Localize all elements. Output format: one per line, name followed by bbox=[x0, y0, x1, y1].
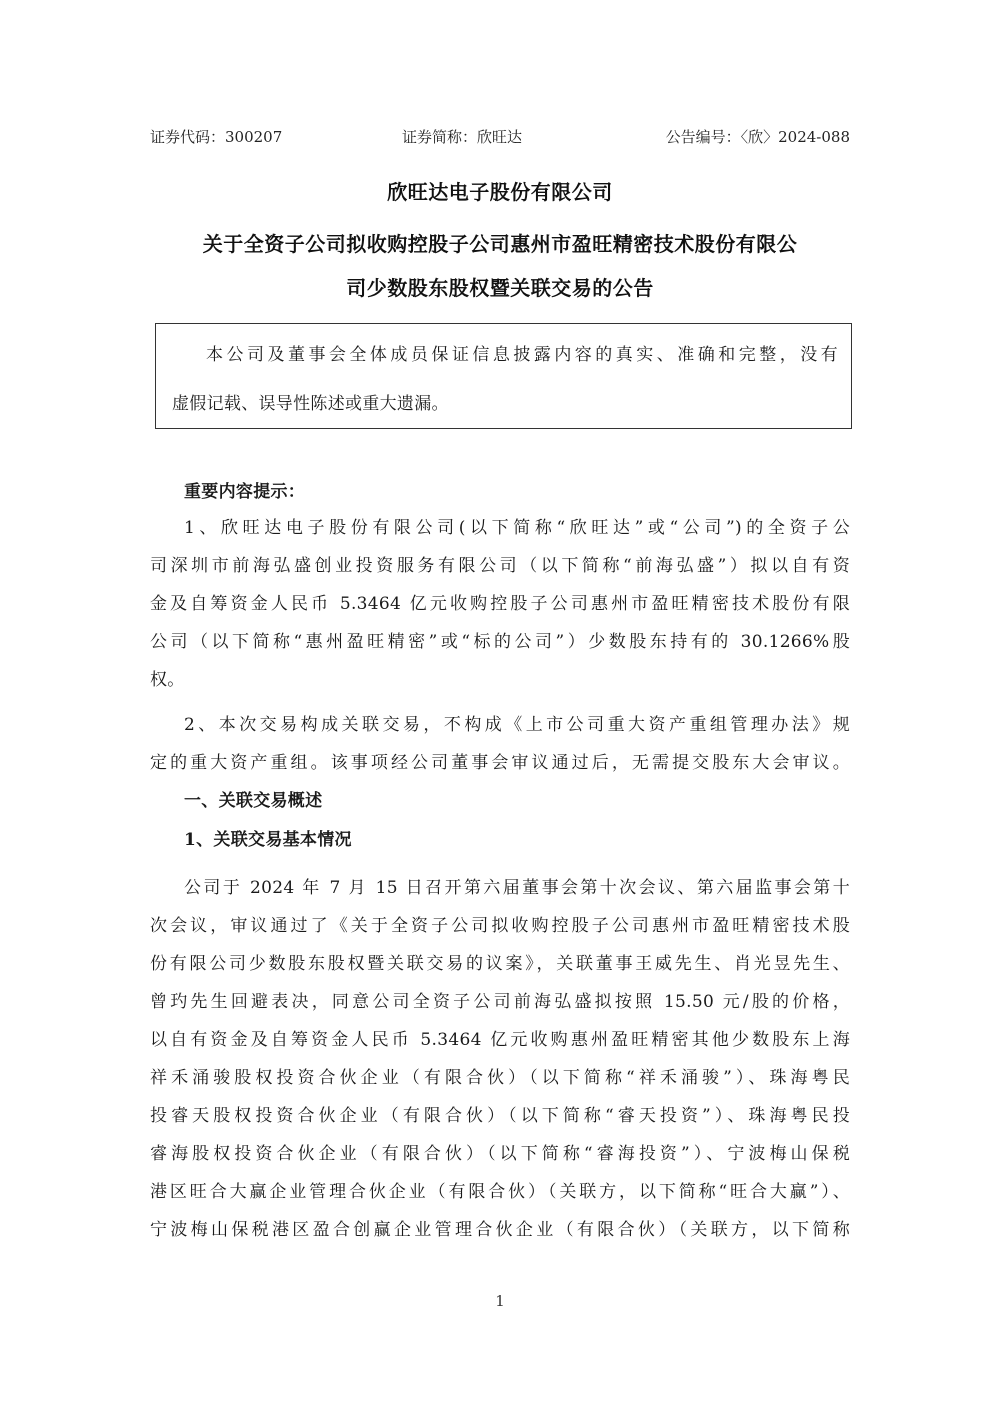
announcement-title-line-1: 关于全资子公司拟收购控股子公司惠州市盈旺精密技术股份有限公 bbox=[150, 228, 850, 257]
highlight-1-line-5: 权。 bbox=[150, 668, 850, 692]
highlights-heading: 重要内容提示： bbox=[184, 480, 884, 504]
highlight-1-line-1: 1、欣旺达电子股份有限公司(以下简称“欣旺达”或“公司”)的全资子公 bbox=[150, 516, 850, 540]
highlight-1-line-2: 司深圳市前海弘盛创业投资服务有限公司（以下简称“前海弘盛”）拟以自有资 bbox=[150, 554, 850, 578]
notice-line-1: 本公司及董事会全体成员保证信息披露内容的真实、准确和完整，没有 bbox=[172, 343, 838, 367]
paragraph-line-10: 宁波梅山保税港区盈合创赢企业管理合伙企业（有限合伙）（关联方，以下简称 bbox=[150, 1218, 850, 1242]
paragraph-line-9: 港区旺合大赢企业管理合伙企业（有限合伙）（关联方，以下简称“旺合大赢”）、 bbox=[150, 1180, 850, 1204]
company-name-title: 欣旺达电子股份有限公司 bbox=[150, 176, 850, 205]
paragraph-line-6: 祥禾涌骏股权投资合伙企业（有限合伙）（以下简称“祥禾涌骏”）、珠海粤民 bbox=[150, 1066, 850, 1090]
paragraph-line-5: 以自有资金及自筹资金人民币 5.3464 亿元收购惠州盈旺精密其他少数股东上海 bbox=[150, 1028, 850, 1052]
highlight-2-line-2: 定的重大资产重组。该事项经公司董事会审议通过后，无需提交股东大会审议。 bbox=[150, 751, 850, 775]
announcement-number: 公告编号：〈欣〉2024-088 bbox=[666, 126, 850, 147]
document-header: 证券代码：300207 证券简称：欣旺达 公告编号：〈欣〉2024-088 bbox=[150, 126, 850, 150]
section-1-subheading: 1、关联交易基本情况 bbox=[184, 828, 884, 852]
paragraph-line-2: 次会议，审议通过了《关于全资子公司拟收购控股子公司惠州市盈旺精密技术股 bbox=[150, 914, 850, 938]
notice-line-2: 虚假记载、误导性陈述或重大遗漏。 bbox=[172, 392, 872, 416]
announcement-title-line-2: 司少数股东股权暨关联交易的公告 bbox=[150, 272, 850, 301]
paragraph-line-3: 份有限公司少数股东股权暨关联交易的议案》，关联董事王威先生、肖光昱先生、 bbox=[150, 952, 850, 976]
highlight-1-line-4: 公司（以下简称“惠州盈旺精密”或“标的公司”）少数股东持有的 30.1266%股 bbox=[150, 630, 850, 654]
securities-code: 证券代码：300207 bbox=[150, 126, 282, 147]
securities-abbreviation: 证券简称：欣旺达 bbox=[402, 126, 522, 147]
document-page: 证券代码：300207 证券简称：欣旺达 公告编号：〈欣〉2024-088 欣旺… bbox=[0, 0, 1000, 1414]
highlight-1-line-3: 金及自筹资金人民币 5.3464 亿元收购控股子公司惠州市盈旺精密技术股份有限 bbox=[150, 592, 850, 616]
paragraph-line-8: 睿海股权投资合伙企业（有限合伙）（以下简称“睿海投资”）、宁波梅山保税 bbox=[150, 1142, 850, 1166]
paragraph-line-7: 投睿天股权投资合伙企业（有限合伙）（以下简称“睿天投资”）、珠海粤民投 bbox=[150, 1104, 850, 1128]
section-1-heading: 一、关联交易概述 bbox=[184, 789, 884, 813]
paragraph-line-4: 曾玓先生回避表决，同意公司全资子公司前海弘盛拟按照 15.50 元/股的价格， bbox=[150, 990, 850, 1014]
page-number: 1 bbox=[0, 1292, 1000, 1310]
highlight-2-line-1: 2、本次交易构成关联交易，不构成《上市公司重大资产重组管理办法》规 bbox=[150, 713, 850, 737]
paragraph-line-1: 公司于 2024 年 7 月 15 日召开第六届董事会第十次会议、第六届监事会第… bbox=[150, 876, 850, 900]
